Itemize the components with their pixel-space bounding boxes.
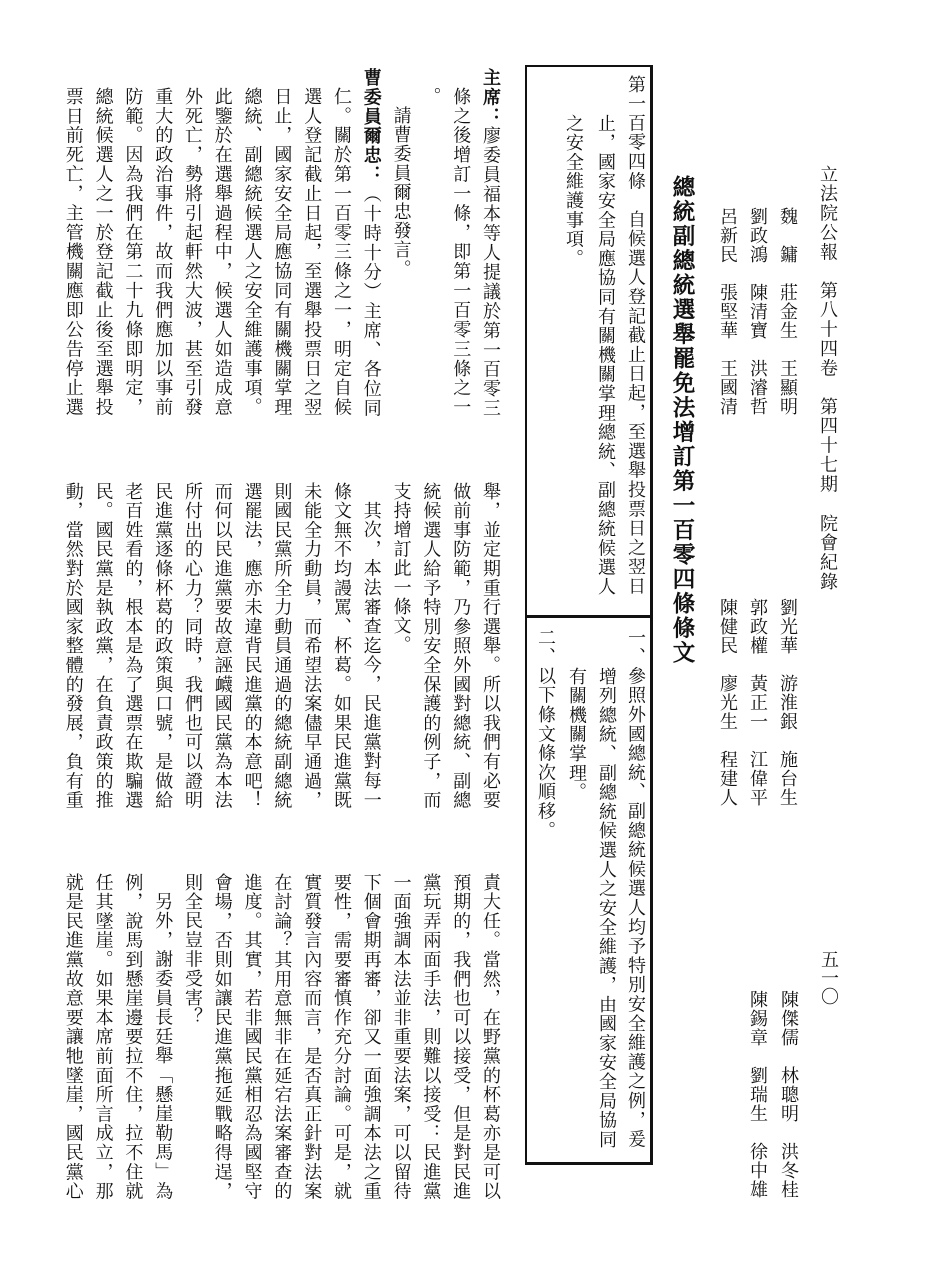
- signatory-name: 洪濬哲: [747, 359, 768, 416]
- body-text-column: 預期的，我們也可以接受，但是對民進: [450, 873, 470, 1201]
- speech-text: （十時十分）主席、各位同: [361, 185, 382, 418]
- signatory-column: 劉光華游淮銀施台生: [777, 598, 797, 807]
- explanation-text: 以下條文條次順移。: [535, 667, 556, 841]
- signatory-name: 張堅華: [717, 283, 738, 340]
- signatory-name: 魏 鏞: [777, 207, 798, 264]
- article-text: 自候選人登記截止日起，至選舉投票日之翌日: [625, 210, 646, 596]
- body-text-column: 所付出的心力？同時，我們也可以證明: [182, 482, 202, 810]
- body-text-column: 。: [420, 87, 440, 417]
- signatory-name: 呂新民: [717, 207, 738, 264]
- body-text-column: 民。國民黨是執政黨，在負責政策的推: [93, 482, 113, 810]
- signatory-name: 廖光生: [717, 674, 738, 731]
- body-text-column: 做前事防範，乃參照外國對總統、副總: [450, 482, 470, 810]
- body-text-column: 重大的政治事件，故而我們應加以事前: [152, 87, 172, 417]
- signatory-name: 莊金生: [777, 283, 798, 340]
- body-text-column: 總統、副總統候選人之安全維護事項。: [242, 87, 262, 417]
- signatory-name: 游淮銀: [777, 674, 798, 731]
- article-number: 第一百零四條: [625, 75, 646, 191]
- signatory-column: 魏 鏞莊金生王顯明: [777, 207, 797, 416]
- body-text-column: 進度。其實，若非國民黨相忍為國堅守: [242, 873, 262, 1201]
- body-text-column: 條文無不均謾罵、杯葛。如果民進黨既: [331, 482, 351, 810]
- signatory-name: 陳清寶: [747, 283, 768, 340]
- body-text-column: 則全民豈非受害？: [182, 873, 202, 1201]
- body-text-column: 另外，謝委員長廷舉「懸崖勒馬」為: [152, 873, 172, 1201]
- body-text-column: 主席：廖委員福本等人提議於第一百零三: [480, 68, 500, 418]
- body-text-column: 支持增訂此一條文。: [391, 482, 411, 810]
- speaker-label: 主席：: [480, 68, 501, 126]
- signatory-column: 郭政權黃正一江偉平: [747, 598, 767, 807]
- body-text-column: 未能全力動員，而希望法案儘早通過，: [301, 482, 321, 810]
- body-text-column: 曹委員爾忠：（十時十分）主席、各位同: [361, 68, 381, 418]
- signatory-name: 陳錫章: [747, 990, 768, 1047]
- signatory-name: 劉瑞生: [747, 1066, 768, 1123]
- body-text-column: 下個會期再審，卻又一面強調本法之重: [361, 873, 381, 1201]
- explanation-marker: 一、: [625, 628, 646, 667]
- signatory-name: 林聰明: [778, 1066, 799, 1123]
- section-name: 院會紀錄: [817, 514, 837, 592]
- publication-name: 立法院公報: [817, 165, 837, 262]
- body-text-column: 黨玩弄兩面手法，則難以接受：民進黨: [420, 873, 440, 1201]
- body-text-column: 例，說馬到懸崖邊要拉不住，拉不住就: [122, 873, 142, 1201]
- body-text-column: 選人登記截止日起，至選舉投票日之翌: [301, 87, 321, 417]
- body-text-column: 日止，國家安全局應協同有關機關掌理: [271, 87, 291, 417]
- signatory-column: 陳錫章劉瑞生徐中雄: [747, 990, 767, 1199]
- signatory-column: 陳健民廖光生程建人: [717, 598, 737, 807]
- signatory-name: 王顯明: [777, 359, 798, 416]
- body-text-column: 外死亡，勢將引起軒然大波，甚至引發: [182, 87, 202, 417]
- signatory-column: 劉政鴻陳清寶洪濬哲: [747, 207, 767, 416]
- explanation-column: 一、參照外國總統、副總統候選人均予特別安全維護之例，爰: [625, 628, 645, 1162]
- article-text-column: 之安全維護事項。: [563, 114, 583, 614]
- signatory-name: 施台生: [777, 750, 798, 807]
- signatory-name: 郭政權: [747, 598, 768, 655]
- body-text-column: 其次，本法審查迄今，民進黨對每一: [361, 482, 381, 810]
- body-text-column: 責大任。當然，在野黨的杯葛亦是可以: [480, 873, 500, 1201]
- body-text-column: 統候選人給予特別安全保護的例子，而: [420, 482, 440, 810]
- body-text-column: 就是民進黨故意要讓牠墜崖，國民黨心: [63, 873, 83, 1201]
- signatory-column: 呂新民張堅華王國清: [717, 207, 737, 416]
- body-text-column: 請曹委員爾忠發言。: [391, 87, 411, 417]
- signatory-name: 程建人: [717, 750, 738, 807]
- signatory-name: 陳健民: [717, 598, 738, 655]
- body-text-column: 條之後增訂一條，即第一百零三條之一: [450, 87, 470, 417]
- body-text-column: 會場，否則如讓民進黨拖延戰略得逞，: [212, 873, 232, 1201]
- explanation-marker: 二、: [535, 628, 556, 667]
- signatory-column: 陳傑儒林聰明洪冬桂: [778, 990, 798, 1199]
- body-text-column: 要性，需要審慎作充分討論。可是，就: [331, 873, 351, 1201]
- body-text-column: 仁。關於第一百零三條之一，明定自候: [331, 87, 351, 417]
- body-text-column: 舉，並定期重行選舉。所以我們有必要: [480, 482, 500, 810]
- explanation-text: 參照外國總統、副總統候選人均予特別安全維護之例，爰: [625, 667, 646, 1150]
- body-text-column: 任其墜崖。如果本席前面所言成立，那: [93, 873, 113, 1201]
- body-text-column: 實質發言內容而言，是否真正針對法案: [301, 873, 321, 1201]
- explanation-column: 二、以下條文條次順移。: [535, 628, 555, 1162]
- signatory-name: 徐中雄: [747, 1142, 768, 1199]
- signatory-name: 劉政鴻: [747, 207, 768, 264]
- volume-number: 第八十四卷: [817, 281, 837, 378]
- speech-text: 廖委員福本等人提議於第一百零三: [480, 126, 501, 418]
- body-text-column: 在討論？其用意無非在延宕法案審查的: [271, 873, 291, 1201]
- body-text-column: 選罷法，應亦未違背民進黨的本意吧！: [242, 482, 262, 810]
- body-text-column: 防範。因為我們在第二十九條即明定，: [122, 87, 142, 417]
- body-text-column: 則國民黨所全力動員通過的總統副總統: [271, 482, 291, 810]
- article-text-column: 第一百零四條自候選人登記截止日起，至選舉投票日之翌日: [625, 75, 645, 615]
- body-text-column: 動，當然對於國家整體的發展，負有重: [63, 482, 83, 810]
- body-text-column: 此鑒於在選舉過程中，候選人如造成意: [212, 87, 232, 417]
- explanation-column: 增列總統、副總統候選人之安全維護，由國家安全局協同: [596, 667, 616, 1162]
- signatory-name: 江偉平: [747, 750, 768, 807]
- signatory-name: 陳傑儒: [778, 990, 799, 1047]
- signatory-name: 劉光華: [777, 598, 798, 655]
- gazette-page: 立法院公報 第八十四卷 第四十七期 院會紀錄 五一〇 魏 鏞莊金生王顯明 劉政鴻…: [0, 0, 927, 1280]
- article-box-divider: [525, 615, 653, 618]
- body-text-column: 總統候選人之一於登記截止後至選舉投: [93, 87, 113, 417]
- body-text-column: 而何以民進黨要故意誣衊國民黨為本法: [212, 482, 232, 810]
- body-text-column: 老百姓看的，根本是為了選票在欺騙選: [122, 482, 142, 810]
- signatory-name: 洪冬桂: [778, 1142, 799, 1199]
- signatory-name: 黃正一: [747, 674, 768, 731]
- article-text-column: 止，國家安全局應協同有關機關掌理總統、副總統候選人: [595, 114, 615, 614]
- signatory-name: 王國清: [717, 359, 738, 416]
- body-text-column: 民進黨逐條杯葛的政策與口號，是做給: [152, 482, 172, 810]
- explanation-column: 有關機關掌理。: [566, 667, 586, 1162]
- speaker-label: 曹委員爾忠：: [361, 68, 382, 185]
- document-title: 總統副總統選舉罷免法增訂第一百零四條條文: [669, 175, 694, 665]
- page-number: 五一〇: [818, 950, 838, 1006]
- issue-number: 第四十七期: [817, 397, 837, 494]
- body-text-column: 一面強調本法並非重要法案，可以留待: [391, 873, 411, 1201]
- body-text-column: 票日前死亡，主管機關應即公告停止選: [63, 87, 83, 417]
